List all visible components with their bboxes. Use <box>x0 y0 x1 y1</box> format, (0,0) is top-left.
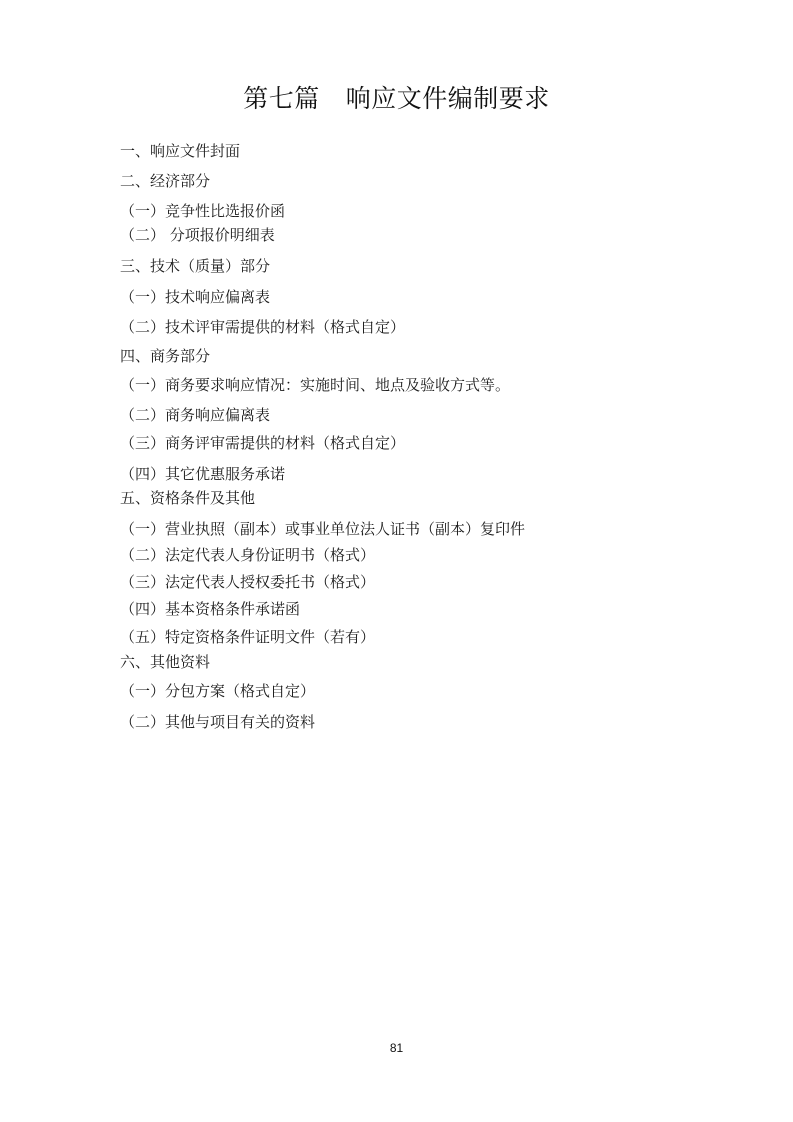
outline-item: 二、经济部分 <box>120 171 210 191</box>
outline-item: （四）其它优惠服务承诺 <box>120 464 285 484</box>
outline-item: （一）商务要求响应情况：实施时间、地点及验收方式等。 <box>120 375 510 395</box>
outline-item: 一、响应文件封面 <box>120 141 240 161</box>
outline-item: （三）商务评审需提供的材料（格式自定） <box>120 433 405 453</box>
outline-item: （二）商务响应偏离表 <box>120 405 270 425</box>
outline-item: 三、技术（质量）部分 <box>120 256 270 276</box>
page-number: 81 <box>0 1041 793 1055</box>
outline-item: 四、商务部分 <box>120 346 210 366</box>
page-title: 第七篇响应文件编制要求 <box>0 82 793 116</box>
outline-item: （一）技术响应偏离表 <box>120 287 270 307</box>
outline-item: 六、其他资料 <box>120 652 210 672</box>
outline-item: （一）竞争性比选报价函 <box>120 201 285 221</box>
title-text: 响应文件编制要求 <box>346 84 550 113</box>
outline-item: （一）分包方案（格式自定） <box>120 681 315 701</box>
outline-item: （三）法定代表人授权委托书（格式） <box>120 572 375 592</box>
outline-item: （二）技术评审需提供的材料（格式自定） <box>120 317 405 337</box>
title-part-label: 第七篇 <box>243 84 320 113</box>
outline-item: （五）特定资格条件证明文件（若有） <box>120 627 375 647</box>
outline-item: （四）基本资格条件承诺函 <box>120 599 300 619</box>
outline-item: （二）法定代表人身份证明书（格式） <box>120 545 375 565</box>
outline-item: （二） 分项报价明细表 <box>120 225 275 245</box>
outline-item: （一）营业执照（副本）或事业单位法人证书（副本）复印件 <box>120 519 525 539</box>
outline-item: （二）其他与项目有关的资料 <box>120 712 315 732</box>
outline-item: 五、资格条件及其他 <box>120 488 255 508</box>
